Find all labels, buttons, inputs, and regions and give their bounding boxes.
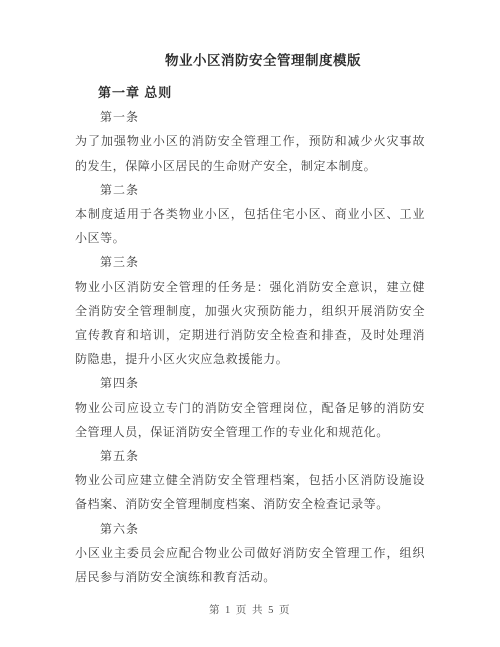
article-label: 第二条 [75, 178, 425, 202]
article-text: 本制度适用于各类物业小区，包括住宅小区、商业小区、工业小区等。 [75, 202, 425, 250]
page-footer: 第 1 页 共 5 页 [0, 603, 500, 619]
document-page: 物业小区消防安全管理制度模版 第一章 总则 第一条 为了加强物业小区的消防安全管… [0, 0, 500, 647]
article-text: 物业小区消防安全管理的任务是：强化消防安全意识，建立健全消防安全管理制度，加强火… [75, 275, 425, 372]
article-label: 第三条 [75, 250, 425, 274]
article-list: 第一条 为了加强物业小区的消防安全管理工作，预防和减少火灾事故的发生，保障小区居… [75, 105, 425, 589]
article-label: 第一条 [75, 105, 425, 129]
page-number-indicator: 第 1 页 共 5 页 [209, 605, 291, 616]
article-item: 第五条 物业公司应建立健全消防安全管理档案，包括小区消防设施设备档案、消防安全管… [75, 444, 425, 517]
article-label: 第四条 [75, 371, 425, 395]
article-item: 第一条 为了加强物业小区的消防安全管理工作，预防和减少火灾事故的发生，保障小区居… [75, 105, 425, 178]
article-item: 第四条 物业公司应设立专门的消防安全管理岗位，配备足够的消防安全管理人员，保证消… [75, 371, 425, 444]
article-text: 物业公司应建立健全消防安全管理档案，包括小区消防设施设备档案、消防安全管理制度档… [75, 468, 425, 516]
article-item: 第三条 物业小区消防安全管理的任务是：强化消防安全意识，建立健全消防安全管理制度… [75, 250, 425, 371]
chapter-heading: 第一章 总则 [75, 81, 425, 105]
article-text: 为了加强物业小区的消防安全管理工作，预防和减少火灾事故的发生，保障小区居民的生命… [75, 129, 425, 177]
article-text: 小区业主委员会应配合物业公司做好消防安全管理工作，组织居民参与消防安全演练和教育… [75, 541, 425, 589]
article-text: 物业公司应设立专门的消防安全管理岗位，配备足够的消防安全管理人员，保证消防安全管… [75, 396, 425, 444]
article-label: 第六条 [75, 517, 425, 541]
article-label: 第五条 [75, 444, 425, 468]
article-item: 第六条 小区业主委员会应配合物业公司做好消防安全管理工作，组织居民参与消防安全演… [75, 517, 425, 590]
article-item: 第二条 本制度适用于各类物业小区，包括住宅小区、商业小区、工业小区等。 [75, 178, 425, 251]
document-title: 物业小区消防安全管理制度模版 [75, 50, 425, 72]
